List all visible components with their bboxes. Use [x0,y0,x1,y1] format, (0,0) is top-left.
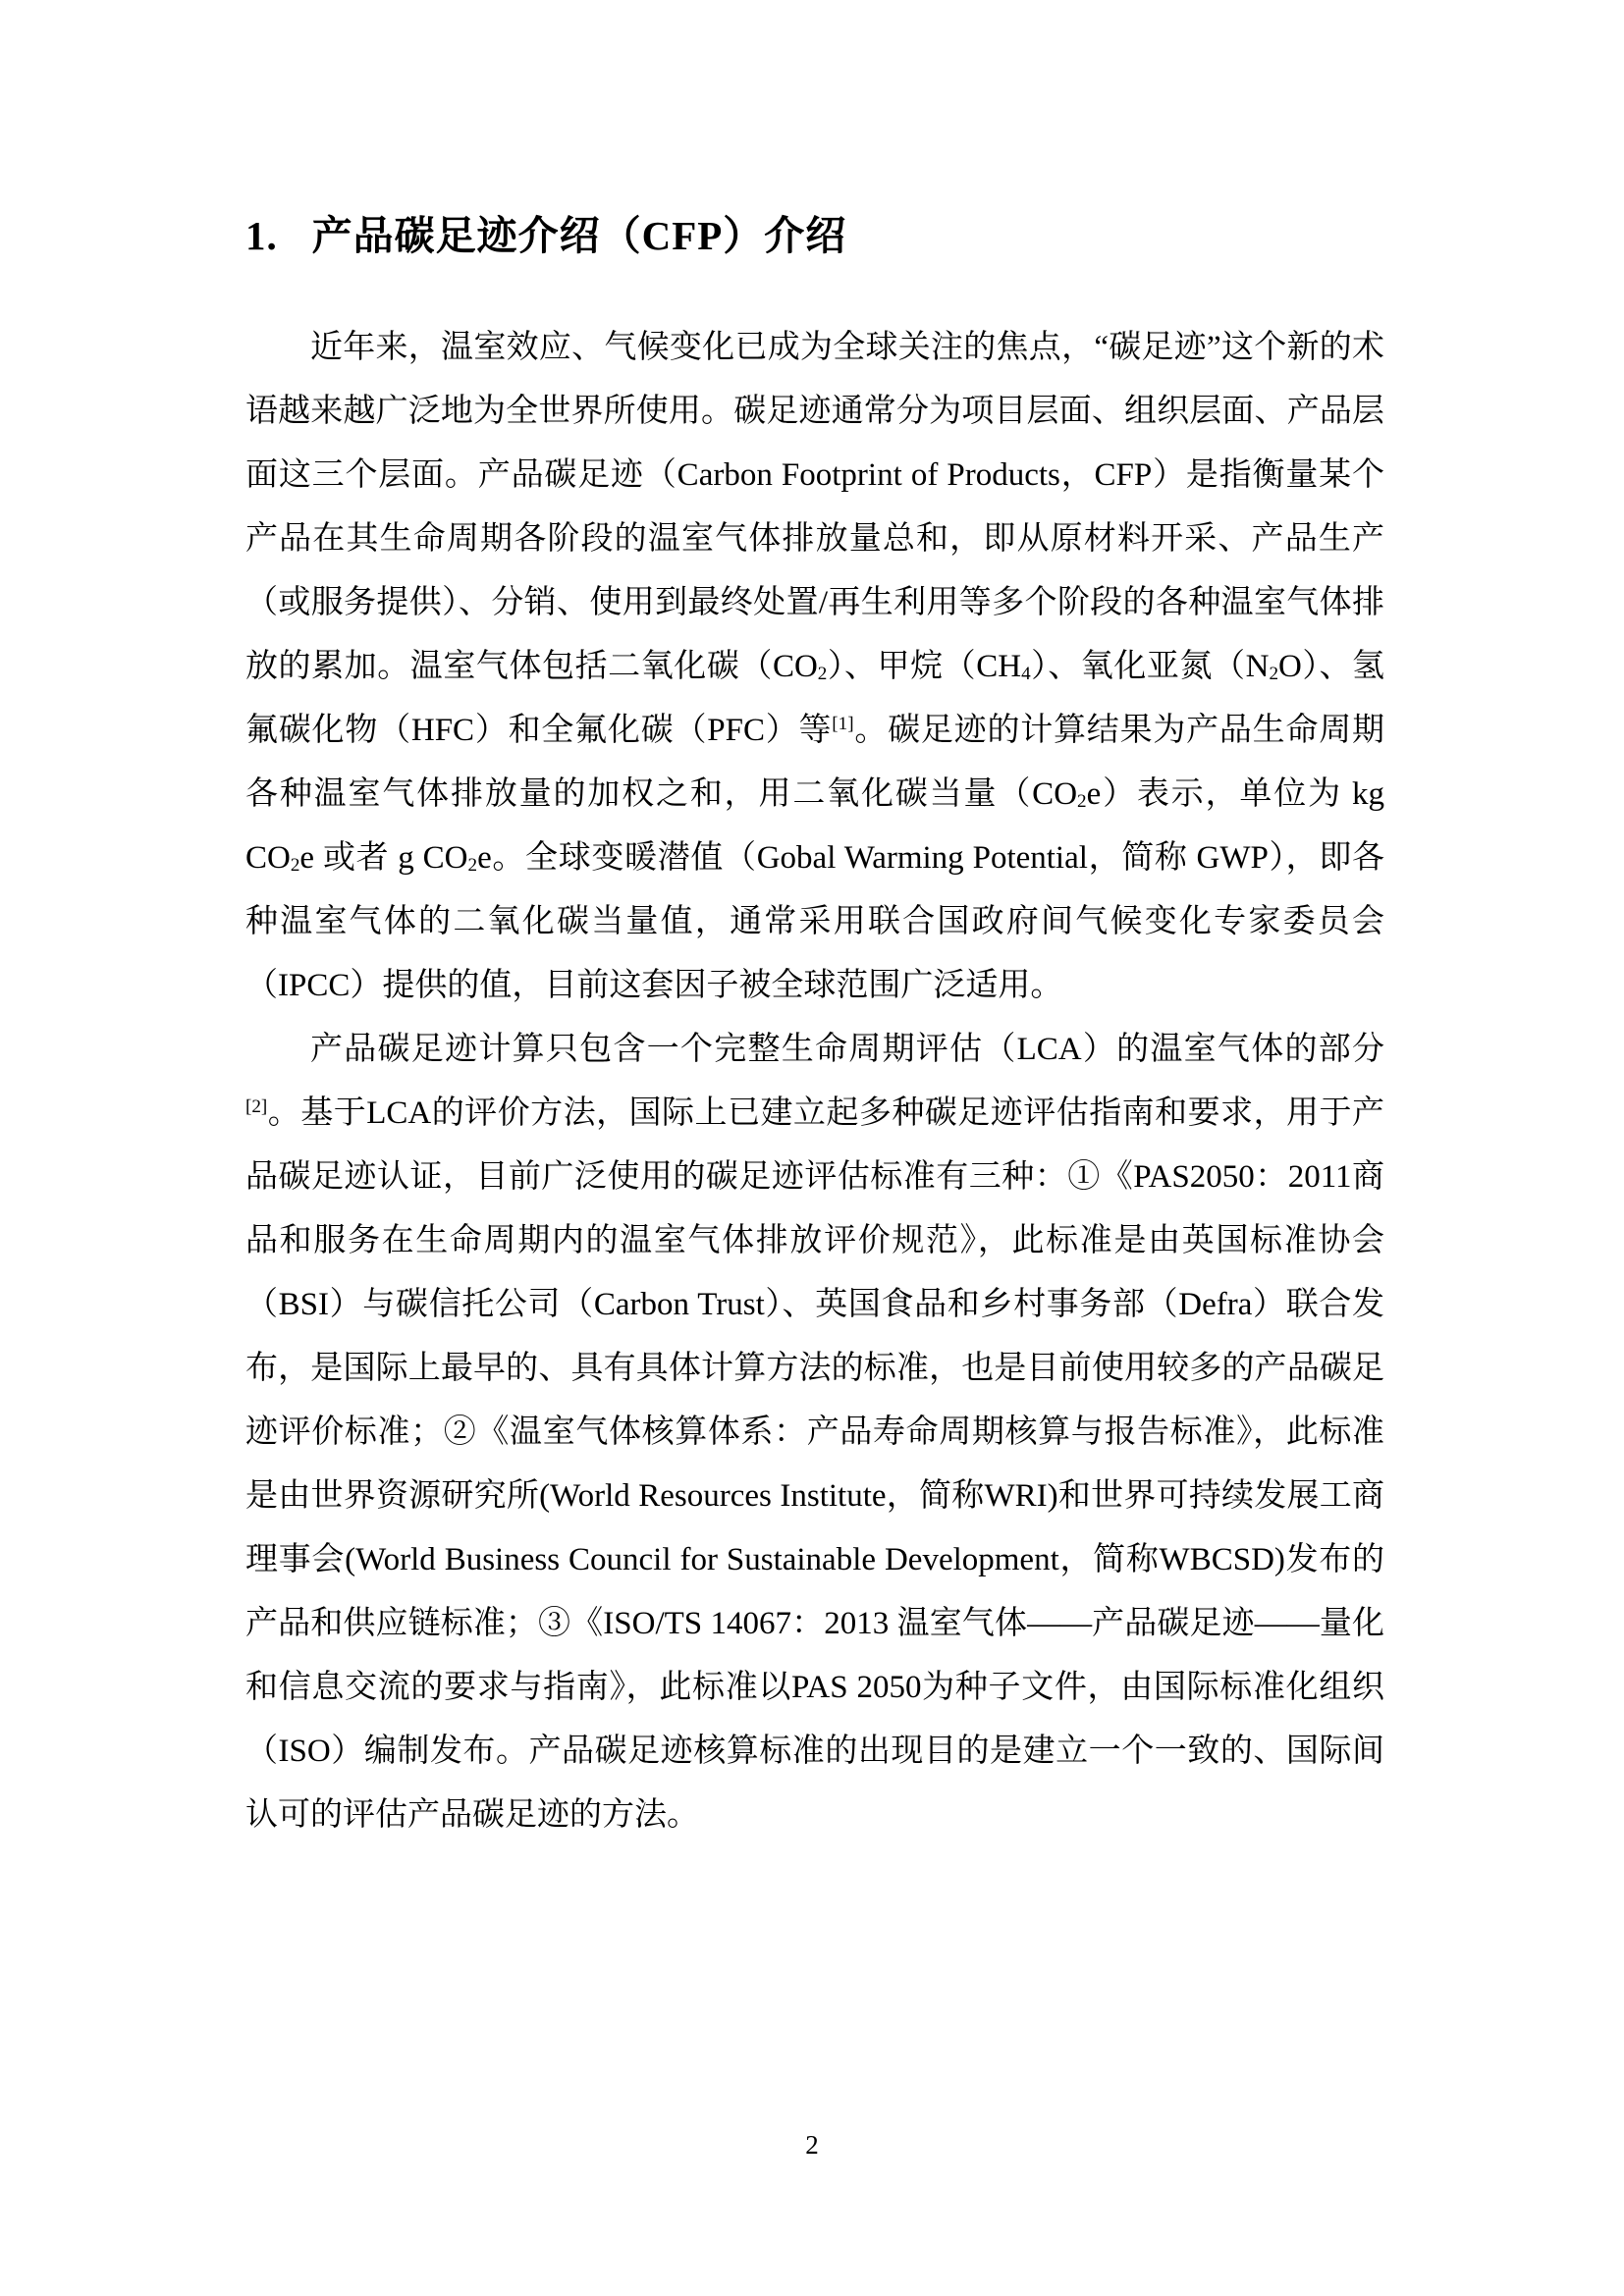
paragraph-1: 近年来，温室效应、气候变化已成为全球关注的焦点，“碳足迹”这个新的术语越来越广泛… [245,316,1384,1018]
paragraph-2: 产品碳足迹计算只包含一个完整生命周期评估（LCA）的温室气体的部分[2]。基于L… [245,1018,1384,1847]
page-footer: 2 [0,2128,1624,2162]
section-number: 1. [245,208,278,263]
document-page: 1.产品碳足迹介绍（CFP）介绍 近年来，温室效应、气候变化已成为全球关注的焦点… [0,0,1624,2296]
page-number: 2 [805,2130,819,2160]
section-heading: 1.产品碳足迹介绍（CFP）介绍 [245,208,1384,263]
section-title: 产品碳足迹介绍（CFP）介绍 [312,213,847,258]
document-content: 1.产品碳足迹介绍（CFP）介绍 近年来，温室效应、气候变化已成为全球关注的焦点… [245,208,1384,1847]
